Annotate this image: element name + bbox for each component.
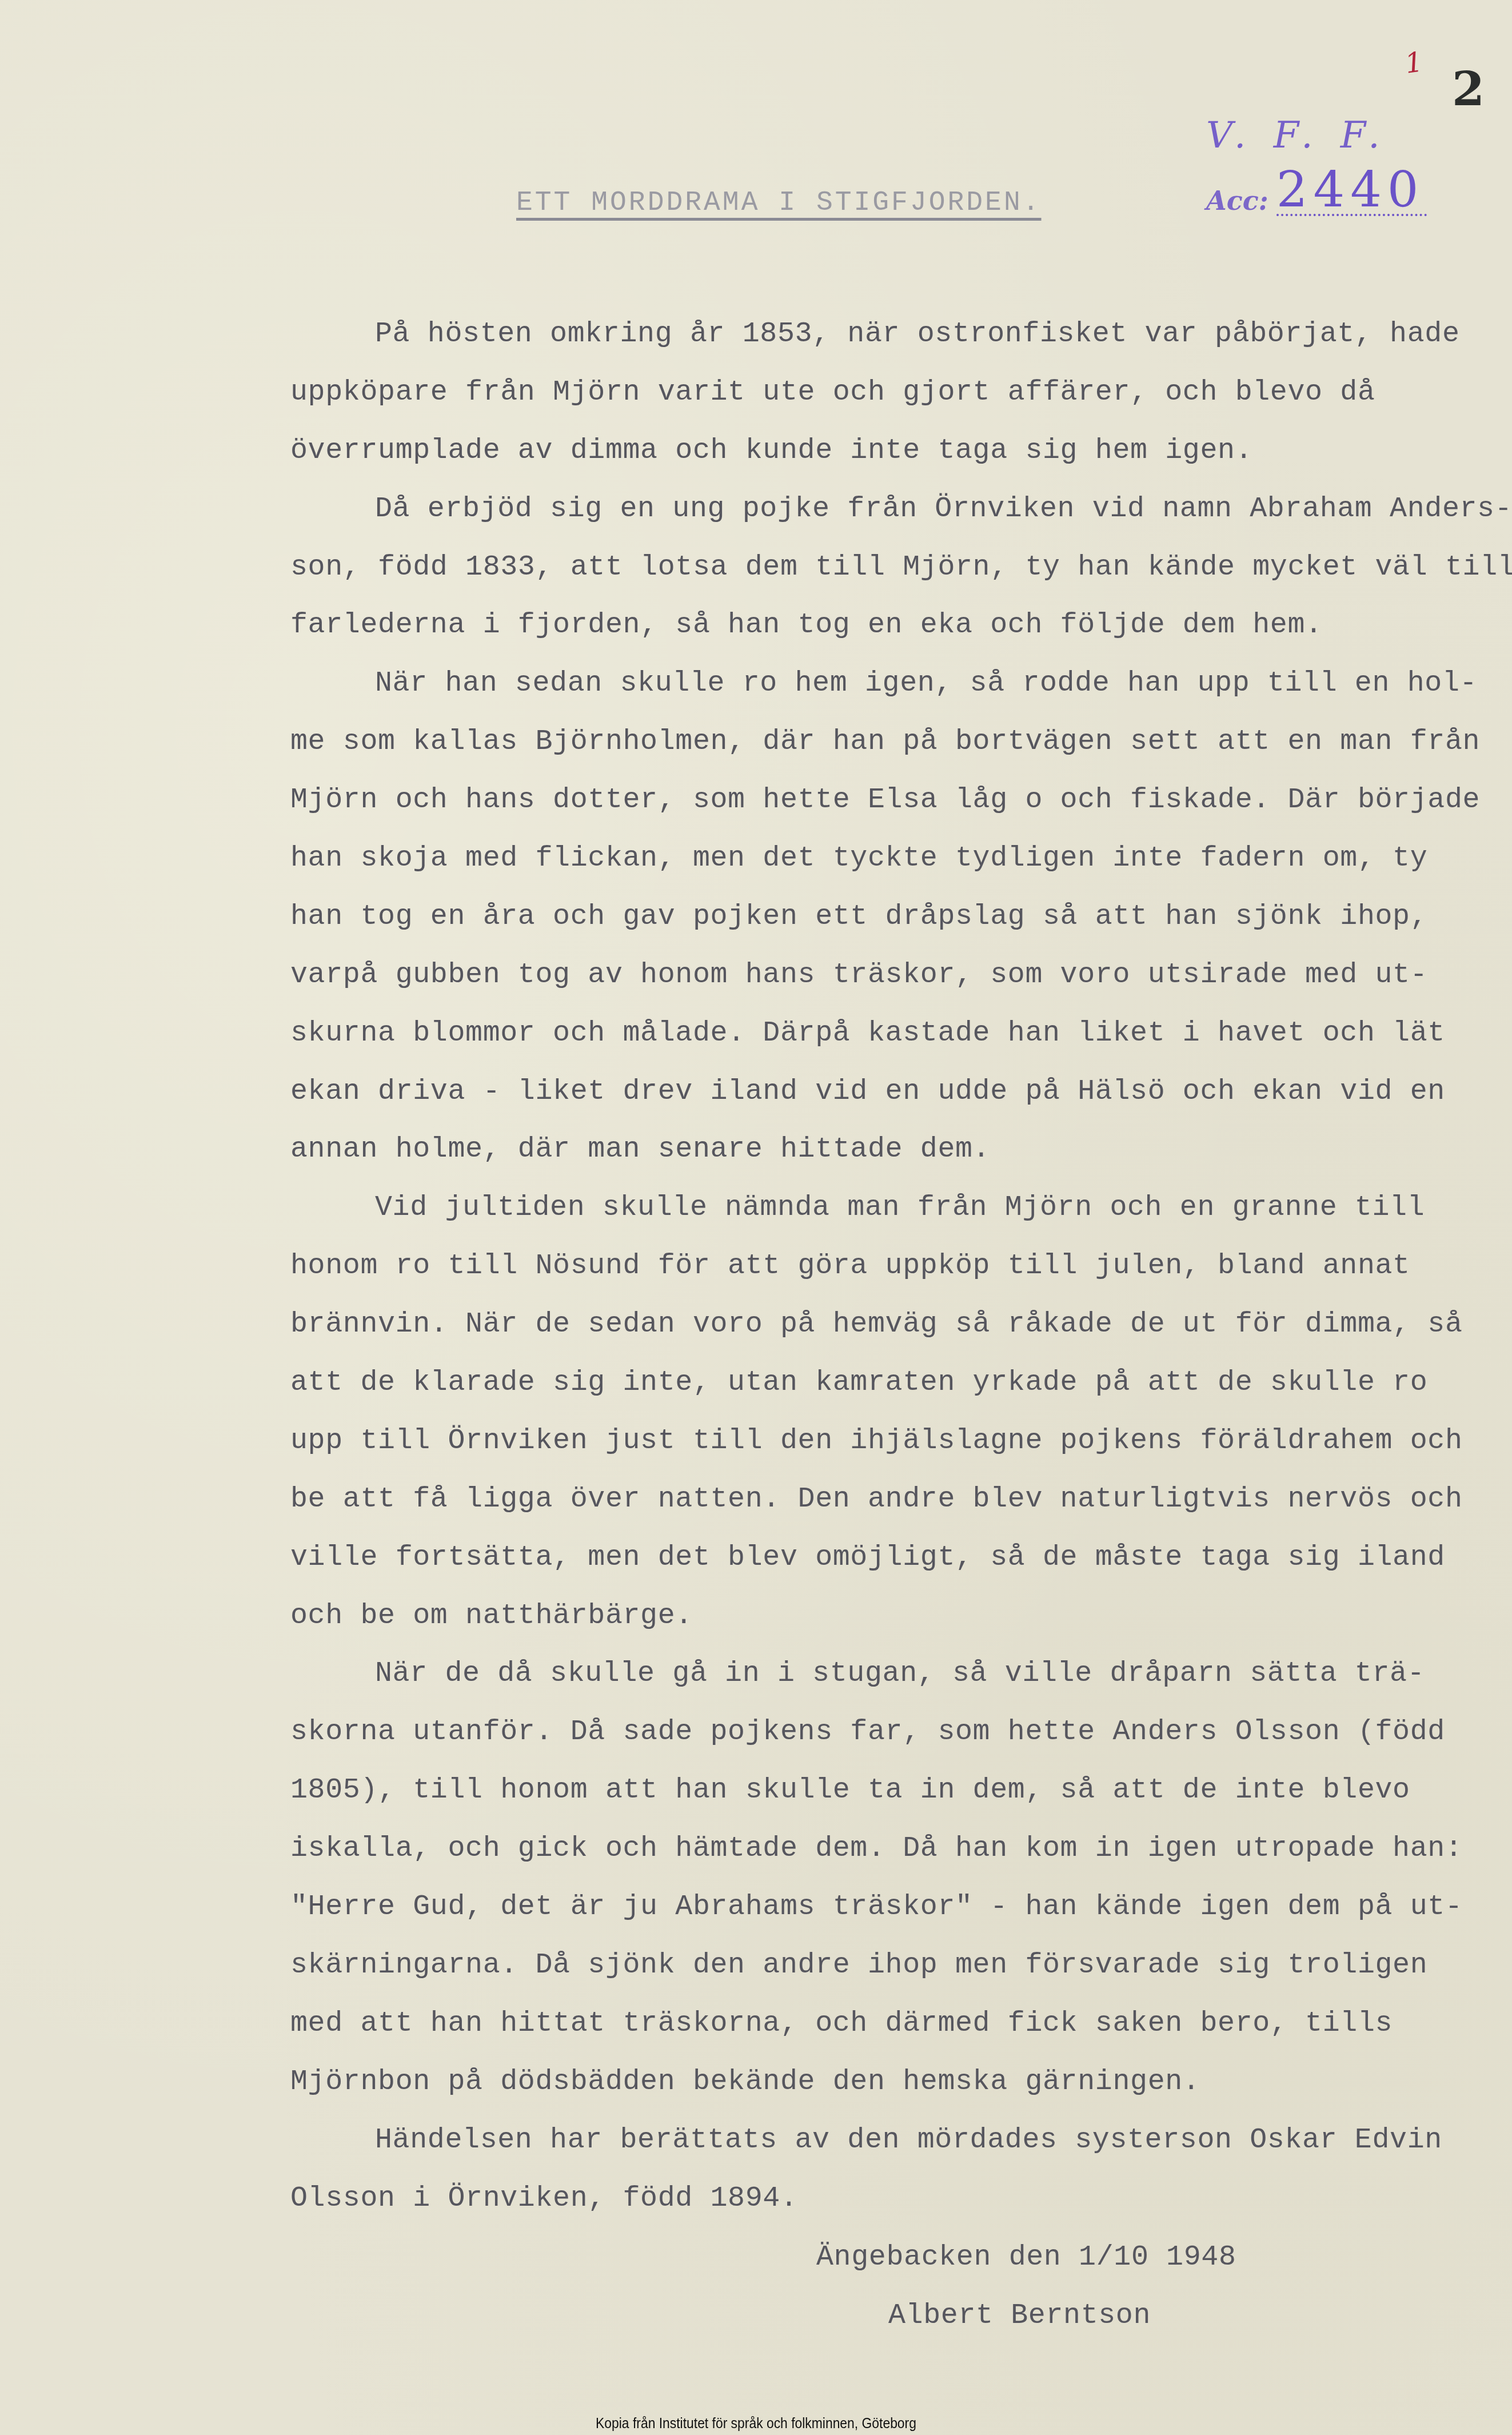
text-line: att de klarade sig inte, utan kamraten y… <box>290 1354 1502 1412</box>
text-line: När de då skulle gå in i stugan, så vill… <box>290 1645 1502 1703</box>
text-line: Händelsen har berättats av den mördades … <box>290 2111 1502 2170</box>
text-line: han skoja med flickan, men det tyckte ty… <box>290 830 1502 888</box>
text-line: annan holme, där man senare hittade dem. <box>290 1121 1502 1179</box>
paragraph: Vid jultiden skulle nämnda man från Mjör… <box>290 1179 1502 1645</box>
stamp-letters: V. F. F. <box>1206 114 1388 157</box>
stamp-accession-row: Acc: 2440 <box>1206 167 1427 216</box>
stamp-accession-label: Acc: <box>1206 185 1268 216</box>
text-line: När han sedan skulle ro hem igen, så rod… <box>290 655 1502 713</box>
paragraph: När han sedan skulle ro hem igen, så rod… <box>290 655 1502 1179</box>
text-line: ekan driva - liket drev iland vid en udd… <box>290 1063 1502 1121</box>
text-line: ville fortsätta, men det blev omöjligt, … <box>290 1529 1502 1587</box>
text-line: varpå gubben tog av honom hans träskor, … <box>290 946 1502 1005</box>
place-date: Ängebacken den 1/10 1948 <box>816 2229 1236 2287</box>
text-line: honom ro till Nösund för att göra uppköp… <box>290 1237 1502 1296</box>
archive-stamp: V. F. F. Acc: 2440 <box>1206 114 1388 157</box>
archive-footer: Kopia från Institutet för språk och folk… <box>91 2414 1422 2432</box>
document-title: ETT MORDDRAMA I STIGFJORDEN. <box>516 188 1042 218</box>
text-line: överrumplade av dimma och kunde inte tag… <box>290 422 1502 480</box>
text-line: Olsson i Örnviken, född 1894. <box>290 2170 1502 2228</box>
text-line: han tog en åra och gav pojken ett dråpsl… <box>290 888 1502 946</box>
text-line: med att han hittat träskorna, och därmed… <box>290 1995 1502 2053</box>
stamp-accession-number: 2440 <box>1276 167 1427 216</box>
paragraph: Händelsen har berättats av den mördades … <box>290 2111 1502 2228</box>
text-line: Då erbjöd sig en ung pojke från Örnviken… <box>290 480 1502 539</box>
paragraph: Då erbjöd sig en ung pojke från Örnviken… <box>290 480 1502 655</box>
text-line: skärningarna. Då sjönk den andre ihop me… <box>290 1936 1502 1995</box>
text-line: uppköpare från Mjörn varit ute och gjort… <box>290 364 1502 422</box>
text-line: me som kallas Björnholmen, där han på bo… <box>290 713 1502 771</box>
text-line: son, född 1833, att lotsa dem till Mjörn… <box>290 539 1502 597</box>
text-line: iskalla, och gick och hämtade dem. Då ha… <box>290 1820 1502 1878</box>
paragraph: När de då skulle gå in i stugan, så vill… <box>290 1645 1502 2111</box>
text-line: upp till Örnviken just till den ihjälsla… <box>290 1412 1502 1470</box>
text-line: Vid jultiden skulle nämnda man från Mjör… <box>290 1179 1502 1237</box>
page-number: 2 <box>1452 62 1485 117</box>
text-line: Mjörn och hans dotter, som hette Elsa lå… <box>290 771 1502 830</box>
signature: Albert Berntson <box>816 2287 1236 2345</box>
text-line: 1805), till honom att han skulle ta in d… <box>290 1762 1502 1820</box>
text-line: och be om natthärbärge. <box>290 1587 1502 1645</box>
text-line: brännvin. När de sedan voro på hemväg så… <box>290 1296 1502 1354</box>
text-line: På hösten omkring år 1853, när ostronfis… <box>290 305 1502 364</box>
text-line: "Herre Gud, det är ju Abrahams träskor" … <box>290 1878 1502 1936</box>
text-line: be att få ligga över natten. Den andre b… <box>290 1470 1502 1529</box>
paragraph: På hösten omkring år 1853, när ostronfis… <box>290 305 1502 480</box>
text-line: skorna utanför. Då sade pojkens far, som… <box>290 1703 1502 1762</box>
text-line: Mjörnbon på dödsbädden bekände den hemsk… <box>290 2053 1502 2111</box>
closing-block: Ängebacken den 1/10 1948 Albert Berntson <box>816 2229 1236 2345</box>
document-body: På hösten omkring år 1853, när ostronfis… <box>290 305 1502 2227</box>
text-line: farlederna i fjorden, så han tog en eka … <box>290 596 1502 655</box>
text-line: skurna blommor och målade. Därpå kastade… <box>290 1005 1502 1063</box>
